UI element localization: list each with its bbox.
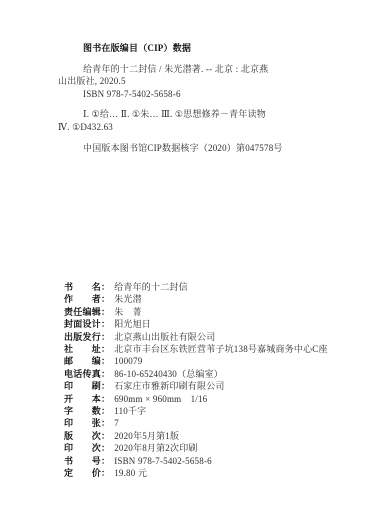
row-label: 书号 bbox=[64, 455, 101, 467]
row-label: 开本 bbox=[64, 393, 101, 405]
cip-data-block: 图书在版编目（CIP）数据 给青年的十二封信 / 朱光潜著. -- 北京 : 北… bbox=[58, 42, 348, 155]
copyright-page: 图书在版编目（CIP）数据 给青年的十二封信 / 朱光潜著. -- 北京 : 北… bbox=[0, 0, 375, 522]
colophon-table: 书名：给青年的十二封信 作者：朱光潜 责任编辑：朱 菁 封面设计：阳光旭日 出版… bbox=[64, 281, 354, 480]
colophon-row-book-title: 书名：给青年的十二封信 bbox=[64, 281, 354, 293]
row-separator: ： bbox=[101, 319, 110, 329]
colophon-row-word-count: 字数：110千字 bbox=[64, 405, 354, 417]
row-separator: ： bbox=[101, 282, 110, 292]
colophon-row-edition: 版次：2020年5月第1版 bbox=[64, 430, 354, 442]
colophon-row-address: 社址：北京市丰台区东铁匠营苇子坑138号嘉城商务中心C座 bbox=[64, 343, 354, 355]
row-value: 690mm × 960mm 1/16 bbox=[114, 394, 207, 404]
cip-record-number-line: 中国版本图书馆CIP数据核字（2020）第047578号 bbox=[58, 142, 348, 155]
row-label: 字数 bbox=[64, 405, 101, 417]
cip-publisher-line: 山出版社, 2020.5 bbox=[58, 75, 348, 88]
row-value: 7 bbox=[114, 418, 119, 428]
row-value: 2020年8月第2次印刷 bbox=[114, 443, 197, 453]
cip-classification-line: Ⅰ. ①给… Ⅱ. ①朱… Ⅲ. ①思想修养－青年读物 bbox=[58, 108, 348, 121]
row-separator: ： bbox=[101, 406, 110, 416]
row-separator: ： bbox=[101, 307, 110, 317]
row-label: 印刷 bbox=[64, 380, 101, 392]
colophon-row-sheets: 印张：7 bbox=[64, 417, 354, 429]
row-separator: ： bbox=[101, 418, 110, 428]
row-label: 作者 bbox=[64, 293, 101, 305]
row-separator: ： bbox=[101, 456, 110, 466]
row-separator: ： bbox=[101, 381, 110, 391]
colophon-row-postcode: 邮编：100079 bbox=[64, 355, 354, 367]
row-label: 社址 bbox=[64, 343, 101, 355]
row-separator: ： bbox=[101, 369, 110, 379]
colophon-row-isbn: 书号：ISBN 978-7-5402-5658-6 bbox=[64, 455, 354, 467]
row-value: 朱 菁 bbox=[114, 307, 142, 317]
colophon-row-phone-fax: 电话传真：86-10-65240430（总编室） bbox=[64, 368, 354, 380]
row-label: 责任编辑 bbox=[64, 306, 101, 318]
row-value: 北京燕山出版社有限公司 bbox=[114, 332, 215, 342]
row-value: 19.80 元 bbox=[114, 468, 147, 478]
row-separator: ： bbox=[101, 431, 110, 441]
colophon-row-printer: 印刷：石家庄市雅新印刷有限公司 bbox=[64, 380, 354, 392]
row-label: 定价 bbox=[64, 467, 101, 479]
row-separator: ： bbox=[101, 468, 110, 478]
row-separator: ： bbox=[101, 344, 110, 354]
row-label: 印次 bbox=[64, 442, 101, 454]
row-value: 阳光旭日 bbox=[114, 319, 151, 329]
colophon-row-publisher: 出版发行：北京燕山出版社有限公司 bbox=[64, 331, 354, 343]
row-value: 2020年5月第1版 bbox=[114, 431, 179, 441]
colophon-row-price: 定价：19.80 元 bbox=[64, 467, 354, 479]
row-value: 朱光潜 bbox=[114, 294, 142, 304]
colophon-row-format: 开本：690mm × 960mm 1/16 bbox=[64, 393, 354, 405]
cip-title-line: 给青年的十二封信 / 朱光潜著. -- 北京 : 北京燕 bbox=[58, 63, 348, 76]
row-label: 封面设计 bbox=[64, 318, 101, 330]
row-label: 印张 bbox=[64, 417, 101, 429]
row-label: 电话传真 bbox=[64, 368, 101, 380]
row-label: 版次 bbox=[64, 430, 101, 442]
colophon-row-printing: 印次：2020年8月第2次印刷 bbox=[64, 442, 354, 454]
row-value: 110千字 bbox=[114, 406, 146, 416]
row-value: 100079 bbox=[114, 356, 142, 366]
row-separator: ： bbox=[101, 332, 110, 342]
row-separator: ： bbox=[101, 294, 110, 304]
cip-class-number-line: Ⅳ. ①D432.63 bbox=[58, 121, 348, 134]
row-separator: ： bbox=[101, 356, 110, 366]
row-separator: ： bbox=[101, 394, 110, 404]
row-value: ISBN 978-7-5402-5658-6 bbox=[114, 456, 212, 466]
row-label: 书名 bbox=[64, 281, 101, 293]
colophon-row-author: 作者：朱光潜 bbox=[64, 293, 354, 305]
row-label: 出版发行 bbox=[64, 331, 101, 343]
row-value: 北京市丰台区东铁匠营苇子坑138号嘉城商务中心C座 bbox=[114, 344, 328, 354]
row-label: 邮编 bbox=[64, 355, 101, 367]
row-separator: ： bbox=[101, 443, 110, 453]
cip-isbn-line: ISBN 978-7-5402-5658-6 bbox=[58, 88, 348, 101]
row-value: 石家庄市雅新印刷有限公司 bbox=[114, 381, 224, 391]
row-value: 给青年的十二封信 bbox=[114, 282, 188, 292]
colophon-row-editor: 责任编辑：朱 菁 bbox=[64, 306, 354, 318]
colophon-row-cover-design: 封面设计：阳光旭日 bbox=[64, 318, 354, 330]
row-value: 86-10-65240430（总编室） bbox=[114, 369, 223, 379]
cip-header: 图书在版编目（CIP）数据 bbox=[58, 42, 348, 55]
